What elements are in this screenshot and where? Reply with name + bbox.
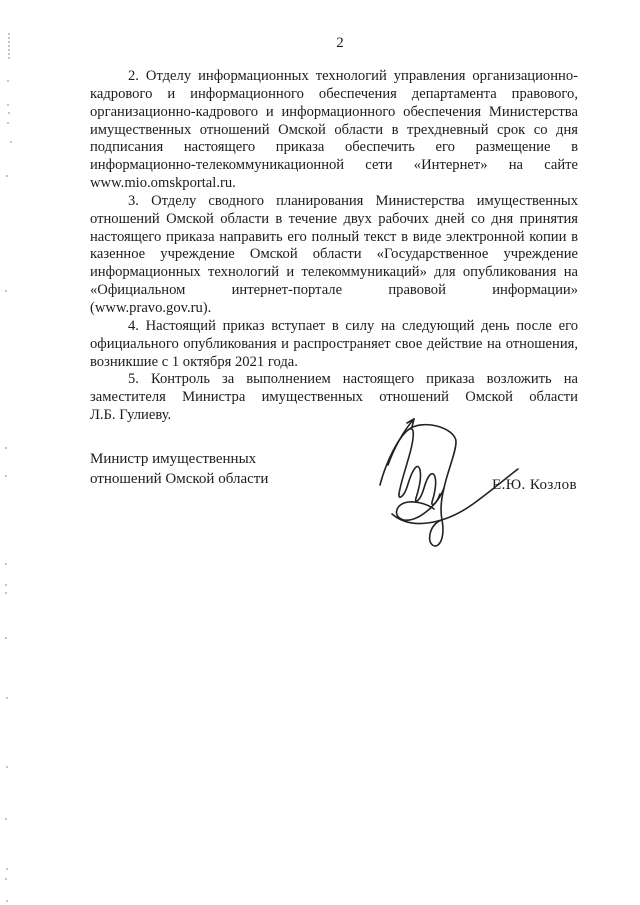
text-line: 3. Отделу сводного планирования Министер… bbox=[90, 193, 578, 211]
scan-dot bbox=[6, 766, 8, 768]
scan-dot bbox=[5, 592, 7, 594]
text-line: отношений Омской области bbox=[90, 470, 320, 490]
minister-title: Министр имущественныхотношений Омской об… bbox=[90, 450, 320, 489]
text-line: «Официальном интернет-портале правовой и… bbox=[90, 282, 578, 300]
text-line: Министр имущественных bbox=[90, 450, 320, 470]
scan-dot bbox=[6, 175, 8, 177]
scan-dot bbox=[6, 697, 8, 699]
document-page: 2 2. Отделу информационных технологий уп… bbox=[0, 0, 640, 905]
paragraph-3: 3. Отделу сводного планирования Министер… bbox=[90, 193, 578, 318]
scan-dot bbox=[8, 33, 10, 35]
text-line: 4. Настоящий приказ вступает в силу на с… bbox=[90, 318, 578, 336]
paragraph-2: 2. Отделу информационных технологий упра… bbox=[90, 68, 578, 193]
text-line: заместителя Министра имущественных отнош… bbox=[90, 389, 578, 407]
scan-dot bbox=[5, 563, 7, 565]
text-line: казенное учреждение Омской области «Госу… bbox=[90, 246, 578, 264]
text-line: возникшие с 1 октября 2021 года. bbox=[90, 354, 578, 372]
text-line: информационно-телекоммуникационной сети … bbox=[90, 157, 578, 175]
scan-dot bbox=[8, 37, 10, 39]
scan-dot bbox=[8, 112, 10, 114]
text-line: (www.pravo.gov.ru). bbox=[90, 300, 578, 318]
text-line: настоящего приказа направить его полный … bbox=[90, 229, 578, 247]
scan-dot bbox=[7, 104, 9, 106]
text-line: www.mio.omskportal.ru. bbox=[90, 175, 578, 193]
scan-dot bbox=[5, 637, 7, 639]
text-line: 2. Отделу информационных технологий упра… bbox=[90, 68, 578, 86]
scan-dot bbox=[10, 141, 12, 143]
scan-dot bbox=[8, 53, 10, 55]
text-line: кадрового и информационного обеспечения … bbox=[90, 86, 578, 104]
scan-dot bbox=[6, 868, 8, 870]
text-line: информационных технологий и телекоммуник… bbox=[90, 264, 578, 282]
text-line: подписания настоящего приказа обеспечить… bbox=[90, 139, 578, 157]
paragraph-4: 4. Настоящий приказ вступает в силу на с… bbox=[90, 318, 578, 372]
text-line: организационно-кадрового и информационно… bbox=[90, 104, 578, 122]
scan-dot bbox=[8, 45, 10, 47]
minister-name: Е.Ю. Козлов bbox=[492, 477, 577, 494]
text-line: имущественных отношений Омской области в… bbox=[90, 122, 578, 140]
scan-dot bbox=[5, 290, 7, 292]
scan-dot bbox=[6, 900, 8, 902]
scan-dot bbox=[8, 57, 10, 59]
scan-dot bbox=[7, 122, 9, 124]
page-number: 2 bbox=[90, 35, 578, 52]
scan-dot bbox=[5, 818, 7, 820]
scan-dot bbox=[8, 49, 10, 51]
scan-dot bbox=[5, 584, 7, 586]
scan-dot bbox=[8, 41, 10, 43]
document-body: 2. Отделу информационных технологий упра… bbox=[90, 68, 578, 425]
scan-dot bbox=[5, 878, 7, 880]
scan-dot bbox=[5, 475, 7, 477]
text-line: 5. Контроль за выполнением настоящего пр… bbox=[90, 371, 578, 389]
scan-dot bbox=[5, 447, 7, 449]
text-line: отношений Омской области в течение двух … bbox=[90, 211, 578, 229]
scan-dot bbox=[7, 80, 9, 82]
text-line: официального опубликования и распростран… bbox=[90, 336, 578, 354]
